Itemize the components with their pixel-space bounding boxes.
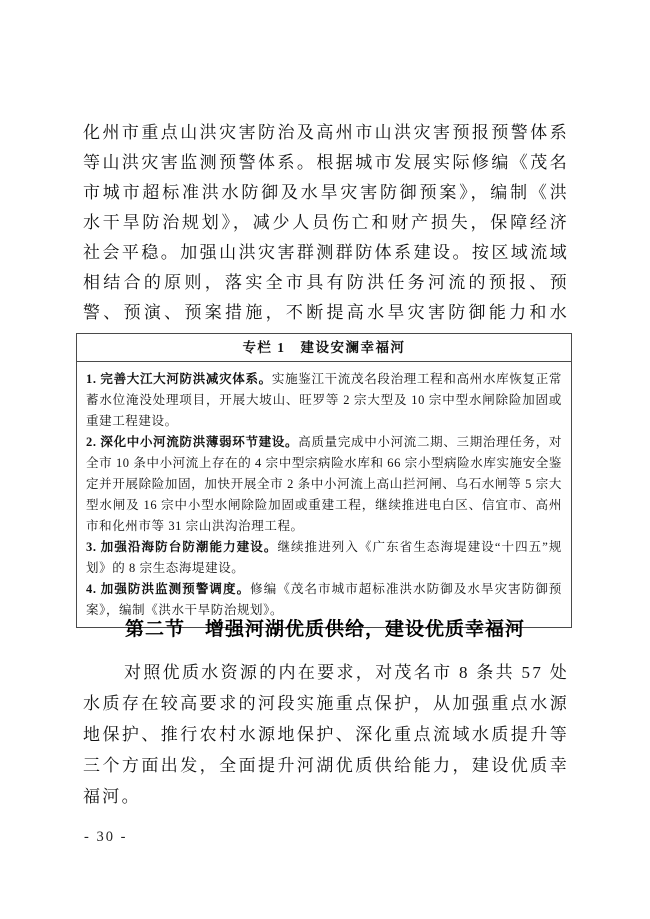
box-item-1-lead: 1. 完善大江大河防洪减灾体系。 (86, 372, 272, 386)
special-column-body: 1. 完善大江大河防洪减灾体系。实施鉴江干流茂名段治理工程和高州水库恢复正常蓄水… (77, 362, 571, 627)
box-item-1: 1. 完善大江大河防洪减灾体系。实施鉴江干流茂名段治理工程和高州水库恢复正常蓄水… (86, 369, 562, 432)
page-number: - 30 - (84, 829, 127, 846)
box-item-3-lead: 3. 加强沿海防台防潮能力建设。 (86, 540, 277, 554)
box-item-2-text: 高质量完成中小河流二期、三期治理任务，对全市 10 条中小河流上存在的 4 宗中… (86, 435, 562, 533)
box-item-4-lead: 4. 加强防洪监测预警调度。 (86, 582, 250, 596)
box-item-3: 3. 加强沿海防台防潮能力建设。继续推进列入《广东省生态海堤建设“十四五”规划》… (86, 537, 562, 579)
section-heading: 第二节 增强河湖优质供给，建设优质幸福河 (0, 616, 650, 644)
box-item-4: 4. 加强防洪监测预警调度。修编《茂名市城市超标准洪水防御及水旱灾害防御预案》，… (86, 579, 562, 621)
special-column-box: 专栏 1 建设安澜幸福河 1. 完善大江大河防洪减灾体系。实施鉴江干流茂名段治理… (76, 333, 572, 628)
box-item-2-lead: 2. 深化中小河流防洪薄弱环节建设。 (86, 435, 298, 449)
paragraph-flood-disaster-prevention: 化州市重点山洪灾害防治及高州市山洪灾害预报预警体系等山洪灾害监测预警体系。根据城… (83, 118, 569, 358)
paragraph-water-quality-supply: 对照优质水资源的内在要求，对茂名市 8 条共 57 处水质存在较高要求的河段实施… (83, 657, 569, 812)
special-column-title: 专栏 1 建设安澜幸福河 (77, 334, 571, 362)
box-item-2: 2. 深化中小河流防洪薄弱环节建设。高质量完成中小河流二期、三期治理任务，对全市… (86, 432, 562, 537)
